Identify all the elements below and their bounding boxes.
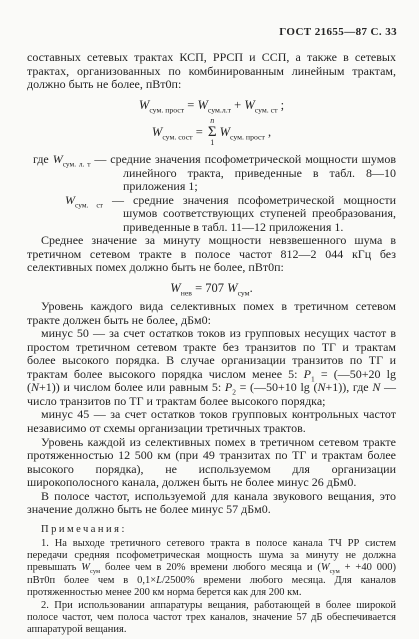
formula-definitions: где Wсум. л. т — средние значения псофом… <box>33 153 396 234</box>
page-header-gost-number: ГОСТ 21655—87 С. 33 <box>0 0 419 38</box>
definition-w-sum-lt: где Wсум. л. т — средние значения псофом… <box>33 153 396 194</box>
notes-title: Примечания: <box>27 524 396 536</box>
paragraph-sound-broadcast-band: В полосе частот, используемой для канала… <box>27 490 396 517</box>
notes-section: Примечания: 1. На выходе третичного сете… <box>27 524 396 637</box>
formula-w-sum-prost: Wсум. прост = Wсум.л.т + Wсум. ст ; <box>27 98 396 112</box>
note-1: 1. На выходе третичного сетевого тракта … <box>27 538 396 600</box>
paragraph-selective-interference-level: Уровень каждого вида селективных помех в… <box>27 300 396 327</box>
definition-w-sum-st: Wсум. ст — средние значения псофометриче… <box>33 194 396 235</box>
note-2: 2. При использовании аппаратуры вещания,… <box>27 600 396 637</box>
summation-sigma-symbol: nΣ1 <box>208 117 217 147</box>
paragraph-unweighted-noise: Среднее значение за минуту мощности невз… <box>27 234 396 275</box>
paragraph-minus-45-control-frequencies: минус 45 — за счет остатков токов группо… <box>27 408 396 435</box>
paragraph-12500-km-tract: Уровень каждой из селективных помех в тр… <box>27 436 396 490</box>
formula-w-sum-sost-summation: Wсум. сост = nΣ1Wсум. прост , <box>27 118 396 148</box>
paragraph-intro-continuation: составных сетевых трактах КСП, РРСП и СС… <box>27 51 396 92</box>
paragraph-minus-50-carrier-residues: минус 50 — за счет остатков токов из гру… <box>27 327 396 408</box>
document-content: составных сетевых трактах КСП, РРСП и СС… <box>27 51 396 637</box>
document-page: ГОСТ 21655—87 С. 33 составных сетевых тр… <box>0 0 419 639</box>
formula-w-nev: Wнев = 707 Wсум. <box>27 281 396 295</box>
